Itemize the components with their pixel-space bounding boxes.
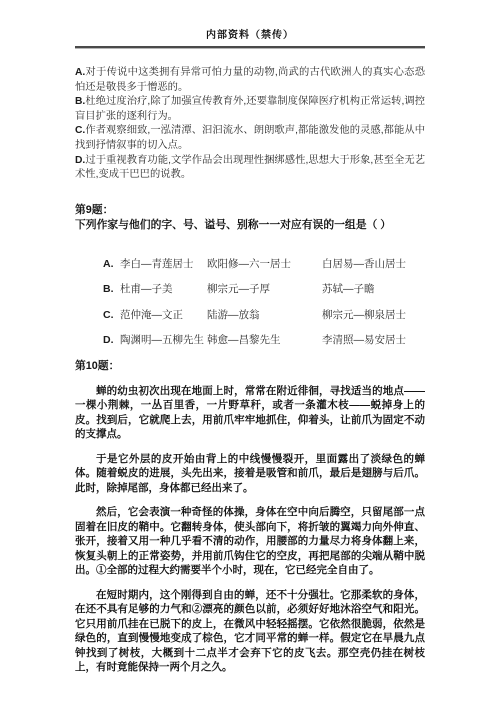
q10-paragraph-4: 在短时期内，这个刚得到自由的蝉，还不十分强壮。它那柔软的身体，在还不具有足够的力… [75, 588, 425, 675]
q9-row-a-pair-2: 欧阳修—六一居士 [207, 257, 322, 272]
q9-row-b: B. 杜甫—子美 柳宗元—子厚 苏轼—子瞻 [103, 282, 425, 297]
q8-option-a-letter: A. [75, 67, 85, 78]
q9-row-d-pair-3: 李清照—易安居士 [322, 333, 425, 348]
q9-row-b-pair-3: 苏轼—子瞻 [322, 282, 425, 297]
q10-paragraph-1: 蝉的幼虫初次出现在地面上时，常常在附近徘徊，寻找适当的地点——一棵小荆棘，一丛百… [75, 384, 425, 442]
q8-option-c-letter: C. [75, 125, 85, 136]
q10-passage: 蝉的幼虫初次出现在地面上时，常常在附近徘徊，寻找适当的地点——一棵小荆棘，一丛百… [75, 384, 425, 675]
q9-heading: 第9题：下列作家与他们的字、号、谥号、别称一一对应有误的一组是（ ） [75, 203, 425, 233]
q10-paragraph-2: 于是它外层的皮开始由背上的中线慢慢裂开，里面露出了淡绿色的蝉体。随着蜕皮的进展，… [75, 452, 425, 496]
q10-paragraph-3: 然后，它会表演一种奇怪的体操，身体在空中向后腾空，只留尾部一点固着在旧皮的鞘中。… [75, 505, 425, 578]
q9-number-label: 第9题： [75, 204, 113, 216]
doc-header: 内部资料（禁传） [0, 0, 500, 48]
q8-option-d: D.过于重视教育功能,文学作品会出现理性捆绑感性,思想大于形象,甚至全无艺术性,… [75, 154, 425, 183]
q8-options-block: A.对于传说中这类拥有异常可怕力量的动物,尚武的古代欧洲人的真实心态恐怕还是敬畏… [75, 66, 425, 183]
q9-row-c: C. 范仲淹—文正 陆游—放翁 柳宗元—柳泉居士 [103, 308, 425, 323]
doc-header-title: 内部资料（禁传） [0, 30, 500, 42]
q8-option-c: C.作者观察细致,一泓清潭、汩汩流水、朗朗歌声,都能激发他的灵感,都能从中找到抒… [75, 124, 425, 153]
q8-option-a: A.对于传说中这类拥有异常可怕力量的动物,尚武的古代欧洲人的真实心态恐怕还是敬畏… [75, 66, 425, 95]
q8-option-d-letter: D. [75, 155, 85, 166]
q9-row-a-pair-3: 白居易—香山居士 [322, 257, 425, 272]
q9-row-c-pair-3: 柳宗元—柳泉居士 [322, 308, 425, 323]
q9-row-b-pair-1: 杜甫—子美 [120, 282, 207, 297]
q9-row-d-pair-1: 陶渊明—五柳先生 [120, 333, 207, 348]
q9-row-d-pair-2: 韩愈—昌黎先生 [207, 333, 322, 348]
q9-row-d: D. 陶渊明—五柳先生 韩愈—昌黎先生 李清照—易安居士 [103, 333, 425, 348]
q9-option-table: A. 李白—青莲居士 欧阳修—六一居士 白居易—香山居士 B. 杜甫—子美 柳宗… [103, 257, 425, 348]
q8-option-c-text: 作者观察细致,一泓清潭、汩汩流水、朗朗歌声,都能激发他的灵感,都能从中找到抒情叙… [75, 125, 425, 151]
q9-row-c-pair-1: 范仲淹—文正 [120, 308, 207, 323]
q8-option-a-text: 对于传说中这类拥有异常可怕力量的动物,尚武的古代欧洲人的真实心态恐怕还是敬畏多于… [75, 67, 425, 93]
q9-row-c-letter: C. [103, 308, 120, 323]
header-rule [75, 46, 425, 48]
q9-row-d-letter: D. [103, 333, 120, 348]
q9-question-text: 下列作家与他们的字、号、谥号、别称一一对应有误的一组是（ ） [75, 219, 391, 231]
q9-row-a-pair-1: 李白—青莲居士 [120, 257, 207, 272]
q9-row-c-pair-2: 陆游—放翁 [207, 308, 322, 323]
q8-option-b: B.杜绝过度治疗,除了加强宣传教育外,还要靠制度保障医疗机构正常运转,调控盲目扩… [75, 95, 425, 124]
q9-row-a-letter: A. [103, 257, 120, 272]
q8-option-d-text: 过于重视教育功能,文学作品会出现理性捆绑感性,思想大于形象,甚至全无艺术性,变成… [75, 155, 425, 181]
q8-option-b-letter: B. [75, 96, 85, 107]
q8-option-b-text: 杜绝过度治疗,除了加强宣传教育外,还要靠制度保障医疗机构正常运转,调控盲目扩张的… [75, 96, 425, 122]
document-page: 内部资料（禁传） A.对于传说中这类拥有异常可怕力量的动物,尚武的古代欧洲人的真… [0, 0, 500, 707]
q9-row-b-pair-2: 柳宗元—子厚 [207, 282, 322, 297]
q9-row-a: A. 李白—青莲居士 欧阳修—六一居士 白居易—香山居士 [103, 257, 425, 272]
q10-heading: 第10题： [75, 359, 425, 374]
q9-row-b-letter: B. [103, 282, 120, 297]
document-content: A.对于传说中这类拥有异常可怕力量的动物,尚武的古代欧洲人的真实心态恐怕还是敬畏… [0, 66, 500, 675]
